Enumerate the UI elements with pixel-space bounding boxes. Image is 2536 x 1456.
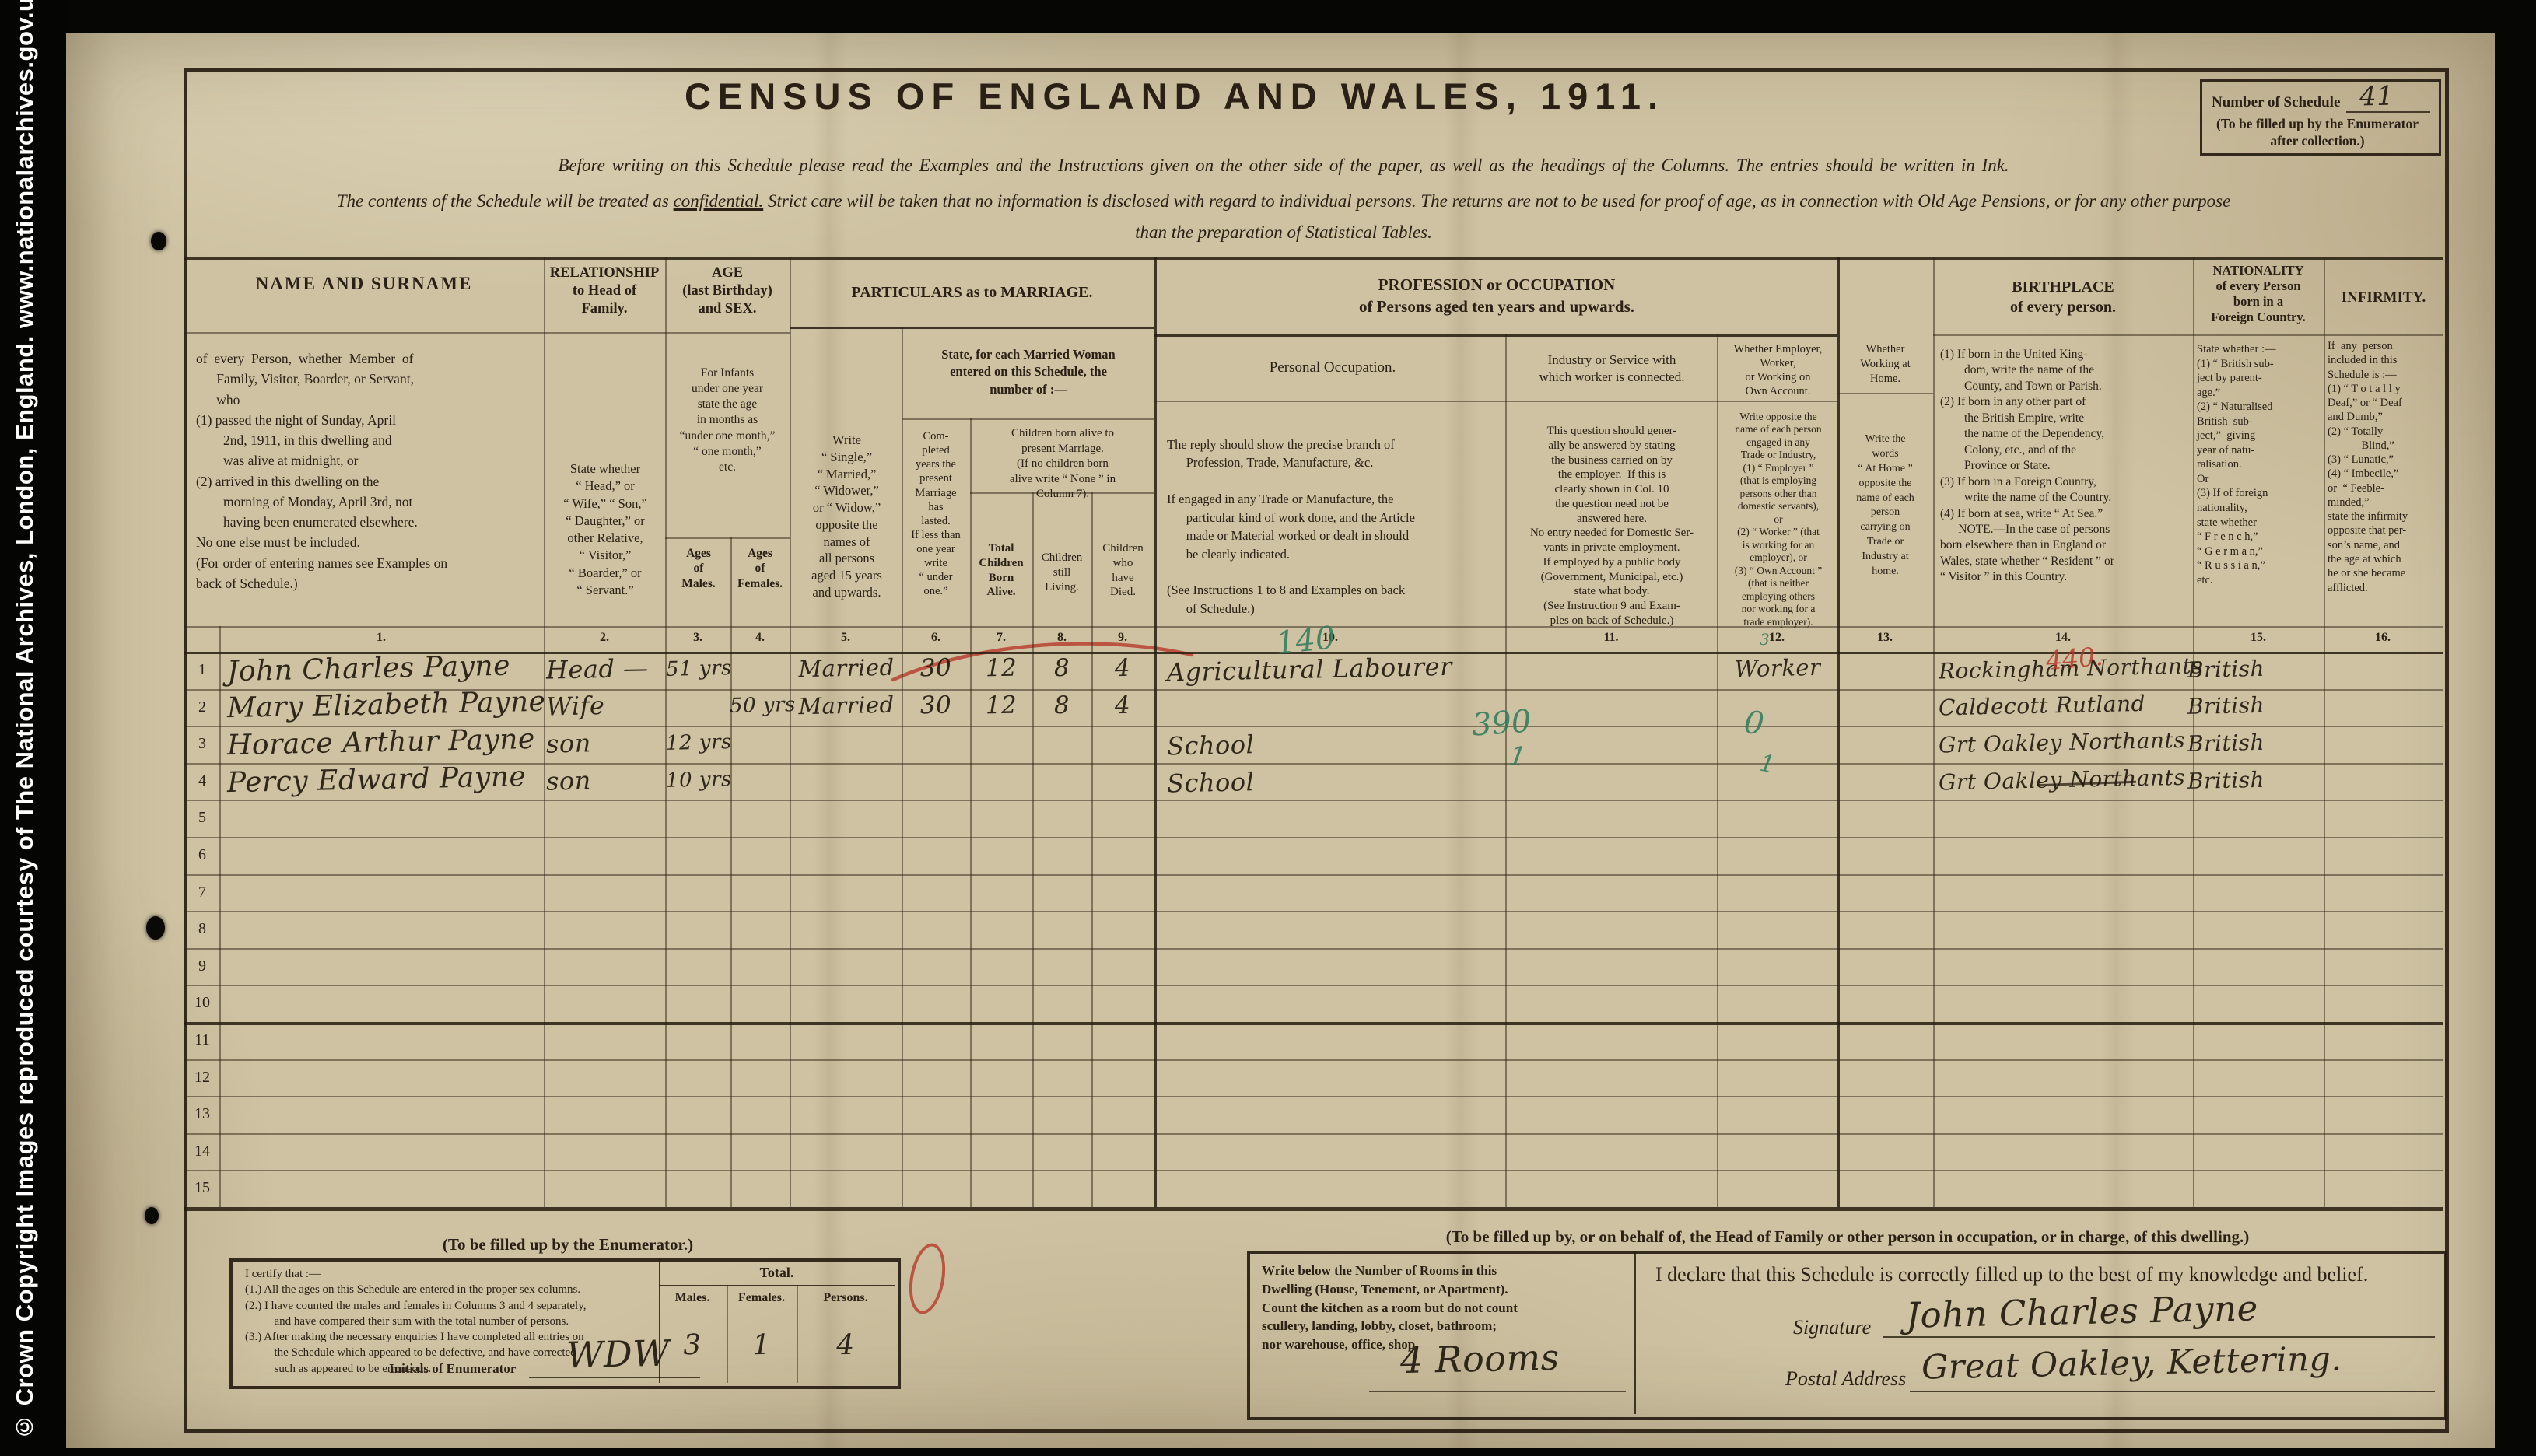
enumerator-initials-signature: WDW	[566, 1335, 671, 1374]
cell-born-handwriting: 12	[971, 693, 1032, 719]
row-line	[184, 911, 2443, 912]
declaration-heading: (To be filled up by, or on behalf of, th…	[1284, 1227, 2412, 1247]
signature-value: John Charles Payne	[1906, 1290, 2259, 1332]
cell-name-handwriting: Percy Edward Payne	[227, 762, 539, 796]
cell-born-handwriting: 12	[971, 656, 1032, 681]
schedule-number-note: (To be filled up by the Enumerator after…	[2205, 116, 2429, 150]
row-number: 15	[185, 1179, 219, 1197]
cell-name-handwriting: John Charles Payne	[227, 652, 539, 686]
cell-died-handwriting: 4	[1092, 656, 1154, 681]
row-line	[184, 948, 2443, 950]
header-years-body: Com- pleted years the present Marriage h…	[903, 429, 969, 599]
cell-nationality-handwriting: British	[2187, 730, 2332, 755]
row-number: 4	[185, 772, 219, 790]
header-relationship-title: RELATIONSHIP to Head of Family.	[547, 264, 662, 318]
grid-line	[970, 418, 972, 1207]
schedule-number-line	[2346, 111, 2430, 113]
enumerator-total-underline	[659, 1285, 895, 1286]
instruction-line-1: Before writing on this Schedule please r…	[233, 156, 2334, 176]
column-number: 1.	[350, 631, 412, 645]
annotation-g390: 390	[1471, 705, 1532, 740]
row-line	[184, 1170, 2443, 1171]
annotation-g0: 0	[1743, 707, 1765, 740]
row-number: 2	[185, 698, 219, 716]
declaration-box-divider	[1634, 1251, 1636, 1414]
cell-years-handwriting: 30	[902, 693, 970, 719]
total-col-value: 4	[811, 1331, 881, 1360]
header-name-body: of every Person, whether Member of Famil…	[196, 348, 538, 593]
cell-relationship-handwriting: Head —	[546, 655, 664, 682]
page-title: CENSUS OF ENGLAND AND WALES, 1911.	[327, 75, 2023, 117]
grid-line	[1154, 334, 1837, 337]
header-living-body: Children still Living.	[1034, 551, 1090, 594]
enumerator-initials-label: Initials of Enumerator	[389, 1361, 516, 1377]
total-col-value: 1	[727, 1331, 797, 1360]
header-industry-body: This question should gener- ally be answ…	[1510, 424, 1714, 628]
row-number: 14	[185, 1143, 219, 1160]
grid-line	[184, 332, 790, 334]
cell-age_m-handwriting: 10 yrs	[666, 769, 732, 791]
grid-line	[790, 327, 1154, 329]
header-age-title: AGE (last Birthday) and SEX.	[667, 264, 787, 318]
header-relationship-body: State whether “ Head,” or “ Wife,” “ Son…	[548, 460, 662, 599]
rooms-line	[1369, 1391, 1626, 1392]
grid-line	[665, 537, 790, 539]
row-number: 9	[185, 957, 219, 975]
cell-condition-handwriting: Married	[792, 693, 902, 718]
cell-living-handwriting: 8	[1033, 693, 1091, 719]
header-home-body: Write the words “ At Home ” opposite the…	[1839, 432, 1932, 579]
cell-employer-handwriting: Worker	[1721, 656, 1835, 681]
row-number: 7	[185, 884, 219, 901]
enumerator-total-divider	[797, 1285, 798, 1383]
header-infirmity-body: If any person included in this Schedule …	[2328, 339, 2443, 595]
enumerator-heading: (To be filled up by the Enumerator.)	[257, 1235, 879, 1255]
enumerator-initials-line	[529, 1377, 700, 1378]
header-nationality-title: NATIONALITY of every Person born in a Fo…	[2194, 263, 2322, 326]
grid-line	[1091, 492, 1093, 1207]
census-schedule-scan: © Crown Copyright Images reproduced cour…	[0, 0, 2536, 1456]
postal-address-value: Great Oakley, Kettering.	[1921, 1342, 2342, 1384]
cell-died-handwriting: 4	[1092, 693, 1154, 719]
column-number: 9.	[1091, 631, 1154, 645]
cell-nationality-handwriting: British	[2187, 693, 2332, 718]
header-employer-body: Write opposite the name of each person e…	[1722, 411, 1835, 628]
row-line	[184, 1207, 2443, 1211]
column-number: 16.	[2352, 631, 2414, 645]
rooms-value: 4 Rooms	[1400, 1339, 1560, 1378]
cell-name-handwriting: Mary Elizabeth Payne	[227, 688, 539, 723]
annotation-r440: 440.	[2045, 643, 2104, 674]
grid-line	[1154, 401, 1837, 402]
row-line	[184, 985, 2443, 986]
row-number: 8	[185, 920, 219, 938]
header-married-woman-subtitle: State, for each Married Woman entered on…	[905, 346, 1152, 398]
cell-living-handwriting: 8	[1033, 656, 1091, 682]
column-number: 8.	[1031, 631, 1093, 645]
row-number: 1	[185, 661, 219, 679]
punch-hole	[146, 916, 165, 940]
cell-birthplace-handwriting: Grt Oakley Northants	[1939, 766, 2196, 793]
cell-nationality-handwriting: British	[2187, 656, 2332, 681]
postal-address-line	[1910, 1391, 2435, 1392]
row-number: 11	[185, 1031, 219, 1049]
column-number: 15.	[2227, 631, 2289, 645]
row-line	[184, 1022, 2443, 1025]
cell-occupation-handwriting: Agricultural Labourer	[1167, 653, 1502, 684]
instruction-line-3: than the preparation of Statistical Tabl…	[156, 222, 2412, 243]
grid-line	[1717, 334, 1718, 1207]
column-number: 5.	[814, 631, 877, 645]
cell-age_f-handwriting: 50 yrs	[730, 695, 793, 717]
header-infirmity-title: INFIRMITY.	[2325, 289, 2442, 306]
grid-line	[1933, 257, 1935, 1207]
grid-line	[902, 418, 1154, 420]
row-number: 10	[185, 994, 219, 1012]
annotation-g140: 140	[1274, 622, 1336, 660]
row-number: 12	[185, 1069, 219, 1087]
grid-line	[184, 257, 2443, 260]
cell-age_m-handwriting: 51 yrs	[666, 658, 732, 680]
instruction-2-rest: Strict care will be taken that no inform…	[763, 191, 2230, 211]
total-col-label: Persons.	[811, 1291, 881, 1305]
instruction-2-confidential: confidential.	[674, 191, 764, 211]
header-birthplace-title: BIRTHPLACE of every person.	[1936, 277, 2190, 317]
row-number: 6	[185, 846, 219, 864]
column-number: 3.	[667, 631, 729, 645]
header-age-males: Ages of Males.	[667, 546, 730, 591]
signature-line	[1883, 1336, 2435, 1338]
copyright-strip: © Crown Copyright Images reproduced cour…	[0, 0, 66, 1456]
cell-relationship-handwriting: Wife	[546, 692, 664, 719]
instruction-2-lead: The contents of the Schedule will be tre…	[337, 191, 674, 211]
schedule-number-box: Number of Schedule 41 (To be filled up b…	[2200, 79, 2441, 156]
column-number: 2.	[573, 631, 636, 645]
row-number: 13	[185, 1105, 219, 1123]
total-col-label: Females.	[727, 1291, 797, 1305]
cell-birthplace-handwriting: Grt Oakley Northants	[1939, 730, 2196, 757]
grid-line	[219, 626, 221, 1207]
signature-label: Signature	[1793, 1316, 1871, 1339]
declaration-statement: I declare that this Schedule is correctl…	[1655, 1263, 2433, 1286]
header-marriage-title: PARTICULARS as to MARRIAGE.	[793, 284, 1151, 302]
annotation-g3: 3	[1760, 632, 1770, 647]
copyright-text: © Crown Copyright Images reproduced cour…	[11, 16, 54, 1440]
postal-address-label: Postal Address	[1785, 1367, 1906, 1391]
header-home-title: Whether Working at Home.	[1839, 342, 1932, 387]
column-number: 13.	[1854, 631, 1916, 645]
grid-line	[790, 257, 791, 1207]
punch-hole	[145, 1207, 159, 1224]
row-number: 5	[185, 809, 219, 827]
cell-age_m-handwriting: 12 yrs	[666, 732, 732, 754]
row-line	[184, 1133, 2443, 1135]
header-children-subtitle: Children born alive to present Marriage.…	[972, 426, 1153, 502]
grid-line	[970, 492, 1154, 494]
column-number: 6.	[905, 631, 967, 645]
row-line	[184, 837, 2443, 838]
header-age-females: Ages of Females.	[731, 546, 789, 591]
header-industry-subtitle: Industry or Service with which worker is…	[1509, 352, 1715, 386]
cell-relationship-handwriting: son	[546, 766, 664, 793]
column-number: 12.	[1746, 631, 1808, 645]
column-number: 11.	[1580, 631, 1642, 645]
instruction-line-2: The contents of the Schedule will be tre…	[156, 191, 2412, 212]
header-birthplace-body: (1) If born in the United King- dom, wri…	[1940, 347, 2192, 586]
header-died-body: Children who have Died.	[1093, 541, 1153, 600]
header-occupation-body: The reply should show the precise branch…	[1167, 436, 1501, 618]
cell-years-handwriting: 30	[902, 656, 970, 681]
grid-line	[544, 257, 545, 1207]
column-number: 7.	[970, 631, 1032, 645]
row-number: 3	[185, 735, 219, 753]
schedule-number-label: Number of Schedule	[2212, 94, 2340, 111]
grid-line	[1837, 257, 1840, 1207]
cell-relationship-handwriting: son	[546, 729, 664, 756]
header-age-body: For Infants under one year state the age…	[666, 366, 789, 475]
enumerator-total-label: Total.	[659, 1265, 895, 1281]
cell-condition-handwriting: Married	[792, 656, 902, 681]
header-profession-title: PROFESSION or OCCUPATION of Persons aged…	[1159, 274, 1834, 318]
header-occupation-subtitle: Personal Occupation.	[1163, 359, 1502, 376]
grid-line	[902, 327, 903, 1207]
header-employer-subtitle: Whether Employer, Worker, or Working on …	[1721, 342, 1835, 399]
grid-line	[1933, 334, 2443, 336]
header-nationality-body: State whether :— (1) “ British sub- ject…	[2197, 342, 2323, 587]
row-line	[184, 1096, 2443, 1097]
grid-line	[1032, 492, 1034, 1207]
cell-name-handwriting: Horace Arthur Payne	[227, 726, 539, 760]
row-line	[184, 800, 2443, 801]
grid-line	[1837, 393, 1933, 394]
cell-nationality-handwriting: British	[2187, 768, 2332, 793]
header-name-title: NAME AND SURNAME	[191, 274, 537, 294]
grid-line	[1154, 257, 1157, 1207]
schedule-number-value: 41	[2359, 83, 2394, 110]
header-born-body: Total Children Born Alive.	[972, 541, 1031, 600]
row-line	[184, 1059, 2443, 1061]
total-col-label: Males.	[657, 1291, 727, 1305]
row-line	[184, 874, 2443, 876]
header-condition-body: Write “ Single,” “ Married,” “ Widower,”…	[793, 432, 900, 601]
column-number: 4.	[729, 631, 791, 645]
total-col-value: 3	[657, 1331, 728, 1360]
